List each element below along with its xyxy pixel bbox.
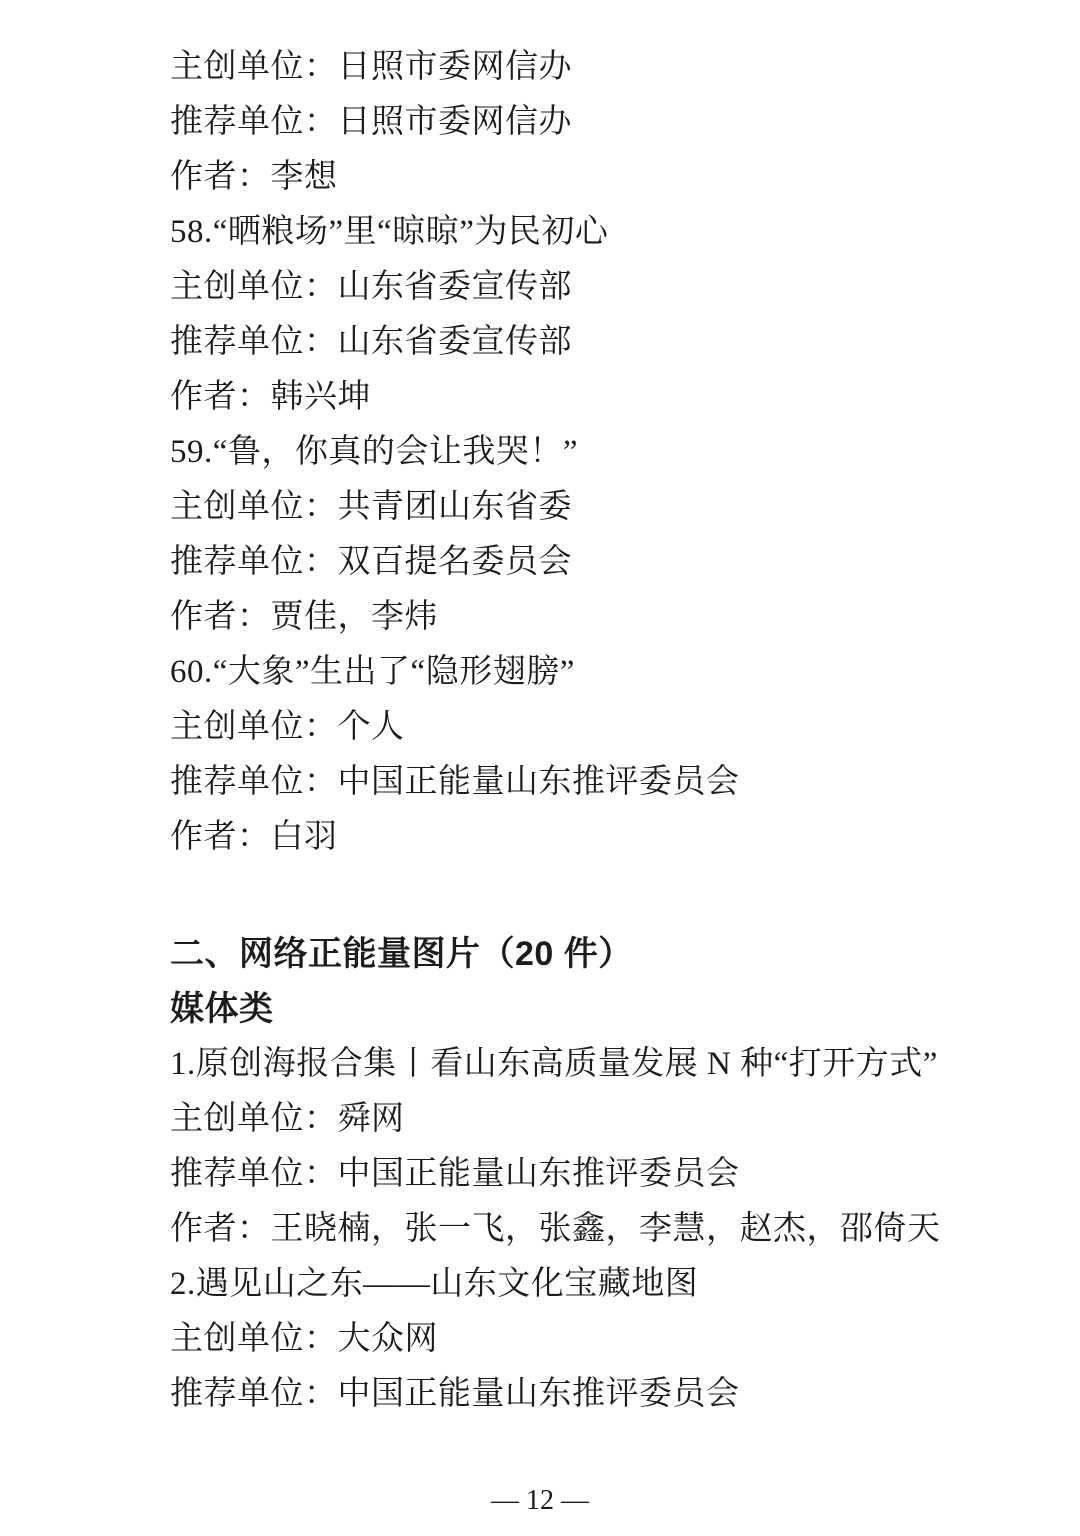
recommender-line: 推荐单位：日照市委网信办 <box>170 95 960 150</box>
recommender-line: 推荐单位：中国正能量山东推评委员会 <box>170 1147 960 1202</box>
author-line: 作者：韩兴坤 <box>170 370 960 425</box>
author-line: 作者：李想 <box>170 150 960 205</box>
recommender-line: 推荐单位：山东省委宣传部 <box>170 315 960 370</box>
author-line: 作者：白羽 <box>170 810 960 865</box>
section-heading-images: 二、网络正能量图片（20 件） <box>170 927 960 982</box>
recommender-line: 推荐单位：中国正能量山东推评委员会 <box>170 755 960 810</box>
main-creator-line: 主创单位：个人 <box>170 700 960 755</box>
recommender-line: 推荐单位：双百提名委员会 <box>170 535 960 590</box>
main-creator-line: 主创单位：日照市委网信办 <box>170 40 960 95</box>
recommender-line: 推荐单位：中国正能量山东推评委员会 <box>170 1367 960 1422</box>
document-body: 主创单位：日照市委网信办 推荐单位：日照市委网信办 作者：李想 58.“晒粮场”… <box>170 40 960 1422</box>
category-heading-media: 媒体类 <box>170 982 960 1037</box>
page-number: — 12 — <box>491 1485 589 1516</box>
page-footer: — 12 — <box>0 1484 1080 1518</box>
author-line: 作者：王晓楠，张一飞，张鑫，李慧，赵杰，邵倚天 <box>170 1202 960 1257</box>
entry-1-title: 1.原创海报合集丨看山东高质量发展 N 种“打开方式” <box>170 1037 960 1092</box>
main-creator-line: 主创单位：共青团山东省委 <box>170 480 960 535</box>
document-page: 主创单位：日照市委网信办 推荐单位：日照市委网信办 作者：李想 58.“晒粮场”… <box>0 0 1080 1536</box>
entry-58-title: 58.“晒粮场”里“晾晾”为民初心 <box>170 205 960 260</box>
author-line: 作者：贾佳，李炜 <box>170 590 960 645</box>
entry-60-title: 60.“大象”生出了“隐形翅膀” <box>170 645 960 700</box>
entry-59-title: 59.“鲁，你真的会让我哭！” <box>170 425 960 480</box>
main-creator-line: 主创单位：山东省委宣传部 <box>170 260 960 315</box>
entry-2-title: 2.遇见山之东——山东文化宝藏地图 <box>170 1257 960 1312</box>
main-creator-line: 主创单位：大众网 <box>170 1312 960 1367</box>
main-creator-line: 主创单位：舜网 <box>170 1092 960 1147</box>
